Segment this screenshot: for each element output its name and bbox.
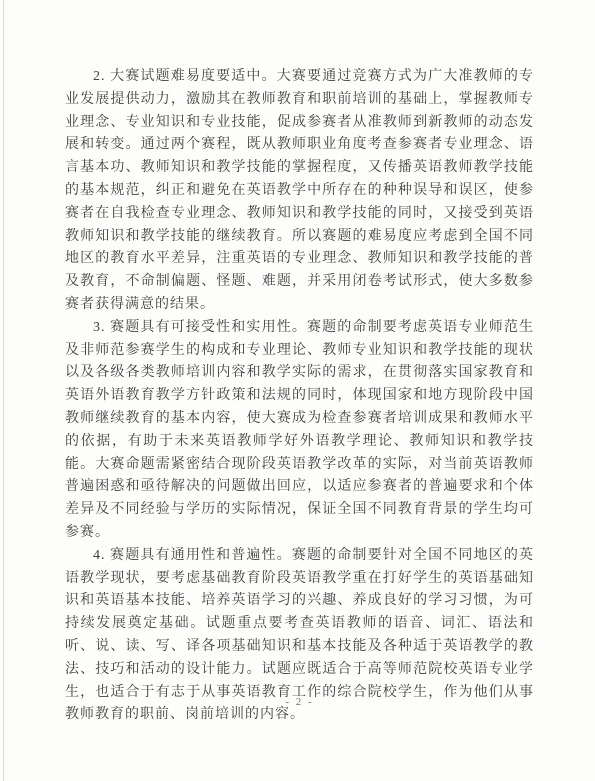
page-number: - 2 -: [65, 696, 534, 708]
page-edge-line: [3, 0, 4, 781]
scanned-document-page: 2. 大赛试题难易度要适中。大赛要通过竞赛方式为广大准教师的专业发展提供动力，激…: [0, 0, 595, 781]
document-body: 2. 大赛试题难易度要适中。大赛要通过竞赛方式为广大准教师的专业发展提供动力，激…: [65, 66, 534, 727]
paragraph-item-3: 3. 赛题具有可接受性和实用性。赛题的命制要考虑英语专业师范生及非师范参赛学生的…: [65, 317, 534, 545]
paragraph-item-2: 2. 大赛试题难易度要适中。大赛要通过竞赛方式为广大准教师的专业发展提供动力，激…: [65, 66, 534, 317]
